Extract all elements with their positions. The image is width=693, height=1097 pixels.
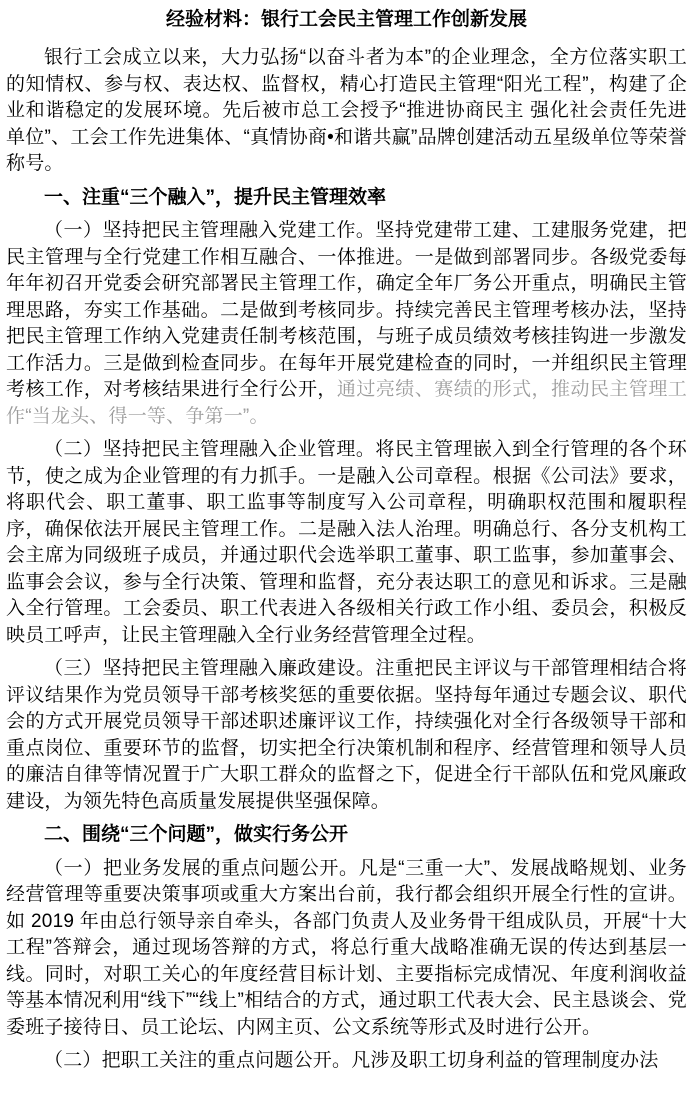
section-2-paragraph-1: （一）把业务发展的重点问题公开。凡是“三重一大”、发展战略规划、业务经营管理等重… bbox=[6, 856, 687, 1042]
document-page: 经验材料：银行工会民主管理工作创新发展 银行工会成立以来，大力弘扬“以奋斗者为本… bbox=[0, 0, 693, 1097]
intro-paragraph: 银行工会成立以来，大力弘扬“以奋斗者为本”的企业理念，全方位落实职工的知情权、参… bbox=[6, 45, 687, 178]
paragraph-text: （二）坚持把民主管理融入企业管理。将民主管理嵌入到全行管理的各个环节，使之成为企… bbox=[6, 439, 687, 646]
section-1-paragraph-3: （三）坚持把民主管理融入廉政建设。注重把民主评议与干部管理相结合将评议结果作为党… bbox=[6, 656, 687, 815]
document-title: 经验材料：银行工会民主管理工作创新发展 bbox=[6, 6, 687, 33]
section-2-paragraph-2-clipped: （二）把职工关注的重点问题公开。凡涉及职工切身利益的管理制度办法 bbox=[6, 1048, 687, 1075]
section-1-paragraph-1: （一）坚持把民主管理融入党建工作。坚持党建带工建、工建服务党建，把民主管理与全行… bbox=[6, 218, 687, 430]
section-1-paragraph-2: （二）坚持把民主管理融入企业管理。将民主管理嵌入到全行管理的各个环节，使之成为企… bbox=[6, 437, 687, 649]
paragraph-text: 银行工会成立以来，大力弘扬“以奋斗者为本”的企业理念，全方位落实职工的知情权、参… bbox=[6, 47, 687, 174]
paragraph-text: （二）把职工关注的重点问题公开。凡涉及职工切身利益的管理制度办法 bbox=[44, 1050, 658, 1071]
section-2-heading: 二、围绕“三个问题”，做实行务公开 bbox=[6, 822, 687, 849]
paragraph-text: （一）坚持把民主管理融入党建工作。坚持党建带工建、工建服务党建，把民主管理与全行… bbox=[6, 220, 687, 400]
section-1-heading: 一、注重“三个融入”，提升民主管理效率 bbox=[6, 185, 687, 212]
paragraph-text: （一）把业务发展的重点问题公开。凡是“三重一大”、发展战略规划、业务经营管理等重… bbox=[6, 858, 687, 1038]
paragraph-text: （三）坚持把民主管理融入廉政建设。注重把民主评议与干部管理相结合将评议结果作为党… bbox=[6, 658, 687, 812]
